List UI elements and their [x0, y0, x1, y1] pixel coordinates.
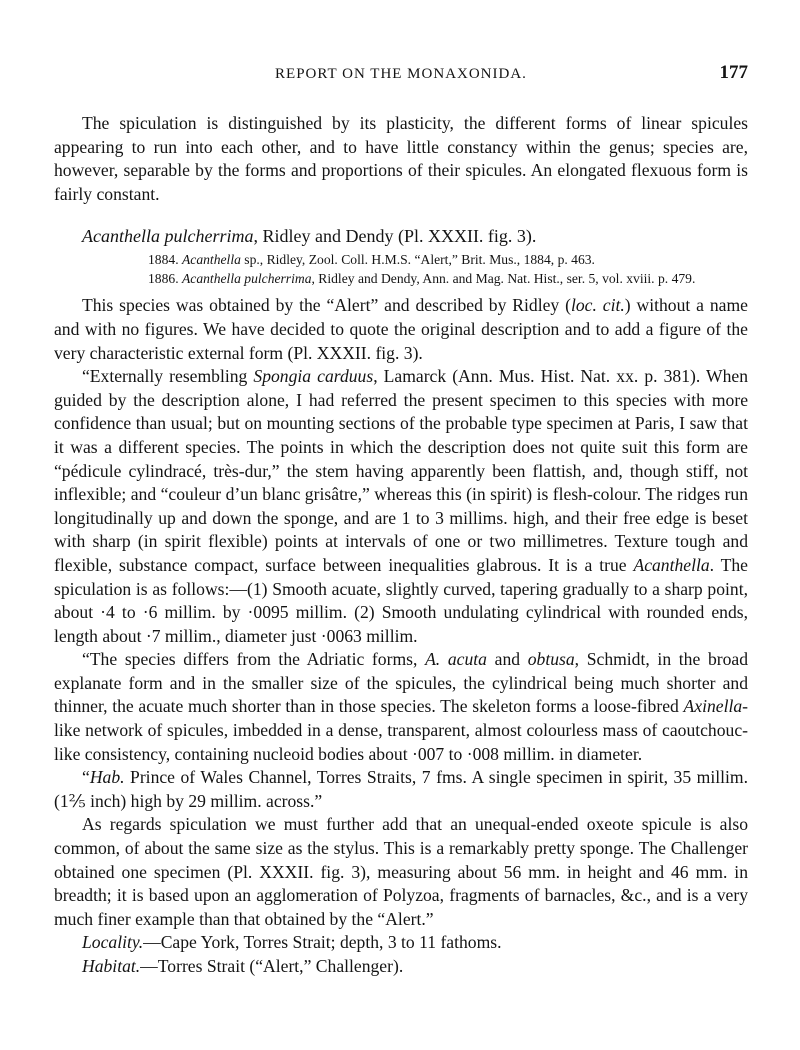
synonymy-year: 1884. [148, 252, 179, 267]
species-heading: Acanthella pulcherrima, Ridley and Dendy… [54, 224, 748, 248]
text-run: “The species differs from the Adriatic f… [82, 649, 425, 669]
text-run-italic: A. acuta [425, 649, 487, 669]
text-run: and [487, 649, 528, 669]
text-run: “ [82, 767, 90, 787]
synonymy-entry: 1886. Acanthella pulcherrima, Ridley and… [148, 269, 748, 288]
paragraph-challenger-specimen: As regards spiculation we must further a… [54, 813, 748, 931]
habitat-line: Habitat.—Torres Strait (“Alert,” Challen… [54, 955, 748, 979]
habitat-label: Habitat. [82, 956, 140, 976]
species-authority: , Ridley and Dendy (Pl. XXXII. fig. 3). [253, 226, 536, 246]
habitat-text: —Torres Strait (“Alert,” Challenger). [140, 956, 403, 976]
intro-paragraph: The spiculation is distinguished by its … [54, 112, 748, 206]
text-run: “Externally resembling [82, 366, 253, 386]
synonymy-year: 1886. [148, 271, 179, 286]
paragraph-origin: This species was obtained by the “Alert”… [54, 294, 748, 365]
text-run-italic: Hab. [90, 767, 125, 787]
text-run-italic: Axinella [684, 696, 743, 716]
synonymy-taxon: Acanthella [182, 252, 241, 267]
body-text: The spiculation is distinguished by its … [54, 112, 748, 979]
locality-text: —Cape York, Torres Strait; depth, 3 to 1… [143, 932, 501, 952]
locality-label: Locality. [82, 932, 143, 952]
paragraph-quoted-description: “Externally resembling Spongia carduus, … [54, 365, 748, 648]
synonymy-citation: , Ridley and Dendy, Ann. and Mag. Nat. H… [312, 271, 696, 286]
paragraph-species-differences: “The species differs from the Adriatic f… [54, 648, 748, 766]
synonymy-citation: sp., Ridley, Zool. Coll. H.M.S. “Alert,”… [241, 252, 595, 267]
text-run: Prince of Wales Channel, Torres Straits,… [54, 767, 748, 811]
text-run-italic: Spongia carduus [253, 366, 373, 386]
locality-line: Locality.—Cape York, Torres Strait; dept… [54, 931, 748, 955]
paragraph-habitat-quote: “Hab. Prince of Wales Channel, Torres St… [54, 766, 748, 813]
page-header: REPORT ON THE MONAXONIDA. 177 [54, 62, 748, 86]
text-run-italic: loc. cit. [571, 295, 625, 315]
synonymy-taxon: Acanthella pulcherrima [182, 271, 312, 286]
text-run: This species was obtained by the “Alert”… [82, 295, 571, 315]
page-number: 177 [720, 62, 749, 84]
text-run: , Lamarck (Ann. Mus. Hist. Nat. xx. p. 3… [54, 366, 748, 575]
text-run-italic: obtusa [528, 649, 575, 669]
synonymy-entry: 1884. Acanthella sp., Ridley, Zool. Coll… [148, 250, 748, 269]
text-run-italic: Acanthella [633, 555, 709, 575]
species-name: Acanthella pulcherrima [82, 226, 253, 246]
synonymy-list: 1884. Acanthella sp., Ridley, Zool. Coll… [54, 250, 748, 288]
running-title: REPORT ON THE MONAXONIDA. [54, 66, 748, 83]
